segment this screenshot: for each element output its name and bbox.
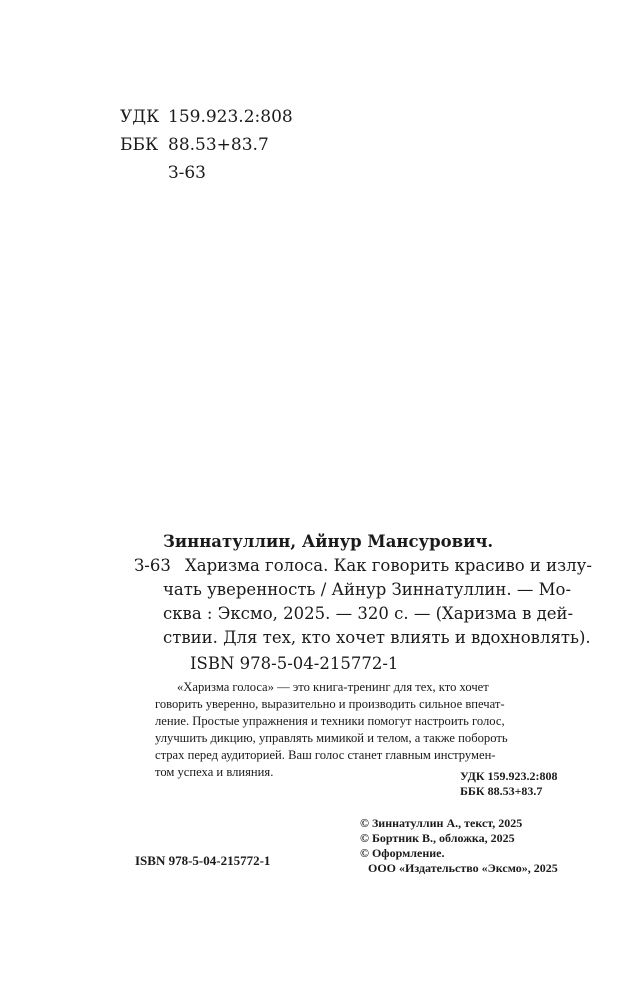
udk-value: 159.923.2:808	[168, 107, 293, 127]
author-heading: Зиннатуллин, Айнур Мансурович.	[163, 530, 493, 554]
bottom-udk: УДК 159.923.2:808	[460, 769, 558, 784]
author-mark-line: З-63	[120, 159, 293, 187]
annotation: «Харизма голоса» — это книга-тренинг для…	[155, 679, 583, 781]
copyright-line: © Оформление.	[360, 846, 558, 861]
annotation-line: страх перед аудиторией. Ваш голос станет…	[155, 747, 583, 764]
description-line: Харизма голоса. Как говорить красиво и и…	[163, 554, 583, 578]
top-classification-block: УДК159.923.2:808 ББК88.53+83.7 З-63	[120, 103, 293, 187]
copyright-block: © Зиннатуллин А., текст, 2025 © Бортник …	[360, 816, 558, 876]
description-line: чать уверенность / Айнур Зиннатуллин. — …	[163, 578, 583, 602]
bibliographic-description: Харизма голоса. Как говорить красиво и и…	[163, 554, 583, 650]
bottom-classification: УДК 159.923.2:808 ББК 88.53+83.7	[460, 769, 558, 799]
annotation-line: улучшить дикцию, управлять мимикой и тел…	[155, 730, 583, 747]
author-mark: З-63	[168, 163, 206, 183]
catalog-isbn: ISBN 978-5-04-215772-1	[190, 652, 398, 676]
bbk-value: 88.53+83.7	[168, 135, 269, 155]
footer-isbn: ISBN 978-5-04-215772-1	[135, 853, 270, 868]
bottom-bbk: ББК 88.53+83.7	[460, 784, 558, 799]
copyright-line: ООО «Издательство «Эксмо», 2025	[360, 861, 558, 876]
copyright-line: © Бортник В., обложка, 2025	[360, 831, 558, 846]
description-line: сква : Эксмо, 2025. — 320 с. — (Харизма …	[163, 602, 583, 626]
annotation-line: говорить уверенно, выразительно и произв…	[155, 696, 583, 713]
bbk-line: ББК88.53+83.7	[120, 131, 293, 159]
bbk-label: ББК	[120, 131, 168, 159]
description-line: ствии. Для тех, кто хочет влиять и вдохн…	[163, 626, 583, 650]
udk-line: УДК159.923.2:808	[120, 103, 293, 131]
annotation-line: ление. Простые упражнения и техники помо…	[155, 713, 583, 730]
annotation-line: «Харизма голоса» — это книга-тренинг для…	[155, 679, 583, 696]
copyright-line: © Зиннатуллин А., текст, 2025	[360, 816, 558, 831]
udk-label: УДК	[120, 103, 168, 131]
